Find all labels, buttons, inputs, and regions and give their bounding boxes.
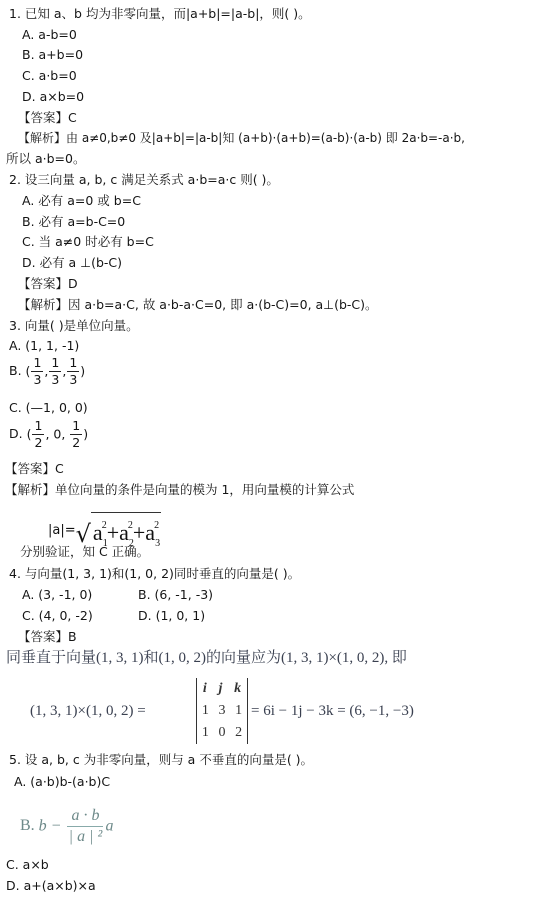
question-4-answer: 【答案】B — [18, 629, 77, 645]
cross-product-rhs: = 6i − 1j − 3k = (6, −1, −3) — [251, 703, 414, 719]
question-4-stem: 4. 与向量(1, 3, 1)和(1, 0, 2)同时垂直的向量是( )。 — [9, 566, 300, 582]
determinant-matrix: ijk 131 102 — [196, 678, 248, 744]
question-4-analysis: 同垂直于向量(1, 3, 1)和(1, 0, 2)的向量应为(1, 3, 1)×… — [6, 650, 407, 666]
question-1-option-a: A. a-b=0 — [22, 27, 77, 43]
question-1-stem: 1. 已知 a、b 均为非零向量，而|a+b|=|a-b|，则( )。 — [9, 6, 311, 22]
question-3-option-a: A. (1, 1, -1) — [9, 338, 79, 354]
cross-product-lhs: (1, 3, 1)×(1, 0, 2) = — [30, 703, 146, 719]
question-4-option-d: D. (1, 0, 1) — [138, 608, 205, 624]
question-3-option-d: D. (12, 0, 12) — [9, 418, 88, 451]
question-2-analysis: 【解析】因 a·b=a·C, 故 a·b-a·C=0, 即 a·(b-C)=0,… — [18, 297, 378, 313]
question-5-stem: 5. 设 a, b, c 为非零向量，则与 a 不垂直的向量是( )。 — [9, 752, 313, 768]
question-2-option-d: D. 必有 a ⊥(b-C) — [22, 255, 122, 271]
fraction: 13 — [67, 355, 79, 388]
question-3-answer: 【答案】C — [5, 461, 64, 477]
question-1-option-d: D. a×b=0 — [22, 89, 84, 105]
question-1-option-b: B. a+b=0 — [22, 47, 83, 63]
question-3-option-c: C. (—1, 0, 0) — [9, 400, 88, 416]
question-2-option-a: A. 必有 a=0 或 b=C — [22, 193, 141, 209]
question-2-option-c: C. 当 a≠0 时必有 b=C — [22, 234, 154, 250]
question-3-stem: 3. 向量( )是单位向量。 — [9, 318, 139, 334]
question-3-conclusion: 分别验证，知 C 正确。 — [20, 544, 149, 560]
question-5-option-a: A. (a·b)b-(a·b)C — [14, 774, 110, 790]
fraction: a · b| a | ² — [67, 806, 103, 847]
question-5-option-d: D. a+(a×b)×a — [6, 878, 96, 894]
question-5-option-c: C. a×b — [6, 857, 49, 873]
question-2-stem: 2. 设三向量 a, b, c 满足关系式 a·b=a·c 则( )。 — [9, 172, 279, 188]
question-2-option-b: B. 必有 a=b-C=0 — [22, 214, 125, 230]
question-3-option-b: B. (13,13,13) — [9, 355, 85, 388]
fraction: 12 — [32, 418, 44, 451]
question-1-option-c: C. a·b=0 — [22, 68, 77, 84]
question-1-analysis-cont: 所以 a·b=0。 — [6, 151, 85, 167]
question-4-option-a: A. (3, -1, 0) — [22, 587, 92, 603]
question-1-analysis: 【解析】由 a≠0,b≠0 及|a+b|=|a-b|知 (a+b)·(a+b)=… — [18, 130, 465, 146]
question-2-answer: 【答案】D — [18, 276, 78, 292]
fraction: 13 — [31, 355, 43, 388]
question-5-option-b: B. b − a · b| a | ²a — [20, 806, 113, 847]
fraction: 12 — [70, 418, 82, 451]
fraction: 13 — [49, 355, 61, 388]
question-4-option-b: B. (6, -1, -3) — [138, 587, 213, 603]
question-3-analysis: 【解析】单位向量的条件是向量的模为 1，用向量模的计算公式 — [5, 482, 354, 498]
question-4-option-c: C. (4, 0, -2) — [22, 608, 93, 624]
option-b-label: B. — [9, 363, 22, 378]
question-1-answer: 【答案】C — [18, 110, 77, 126]
